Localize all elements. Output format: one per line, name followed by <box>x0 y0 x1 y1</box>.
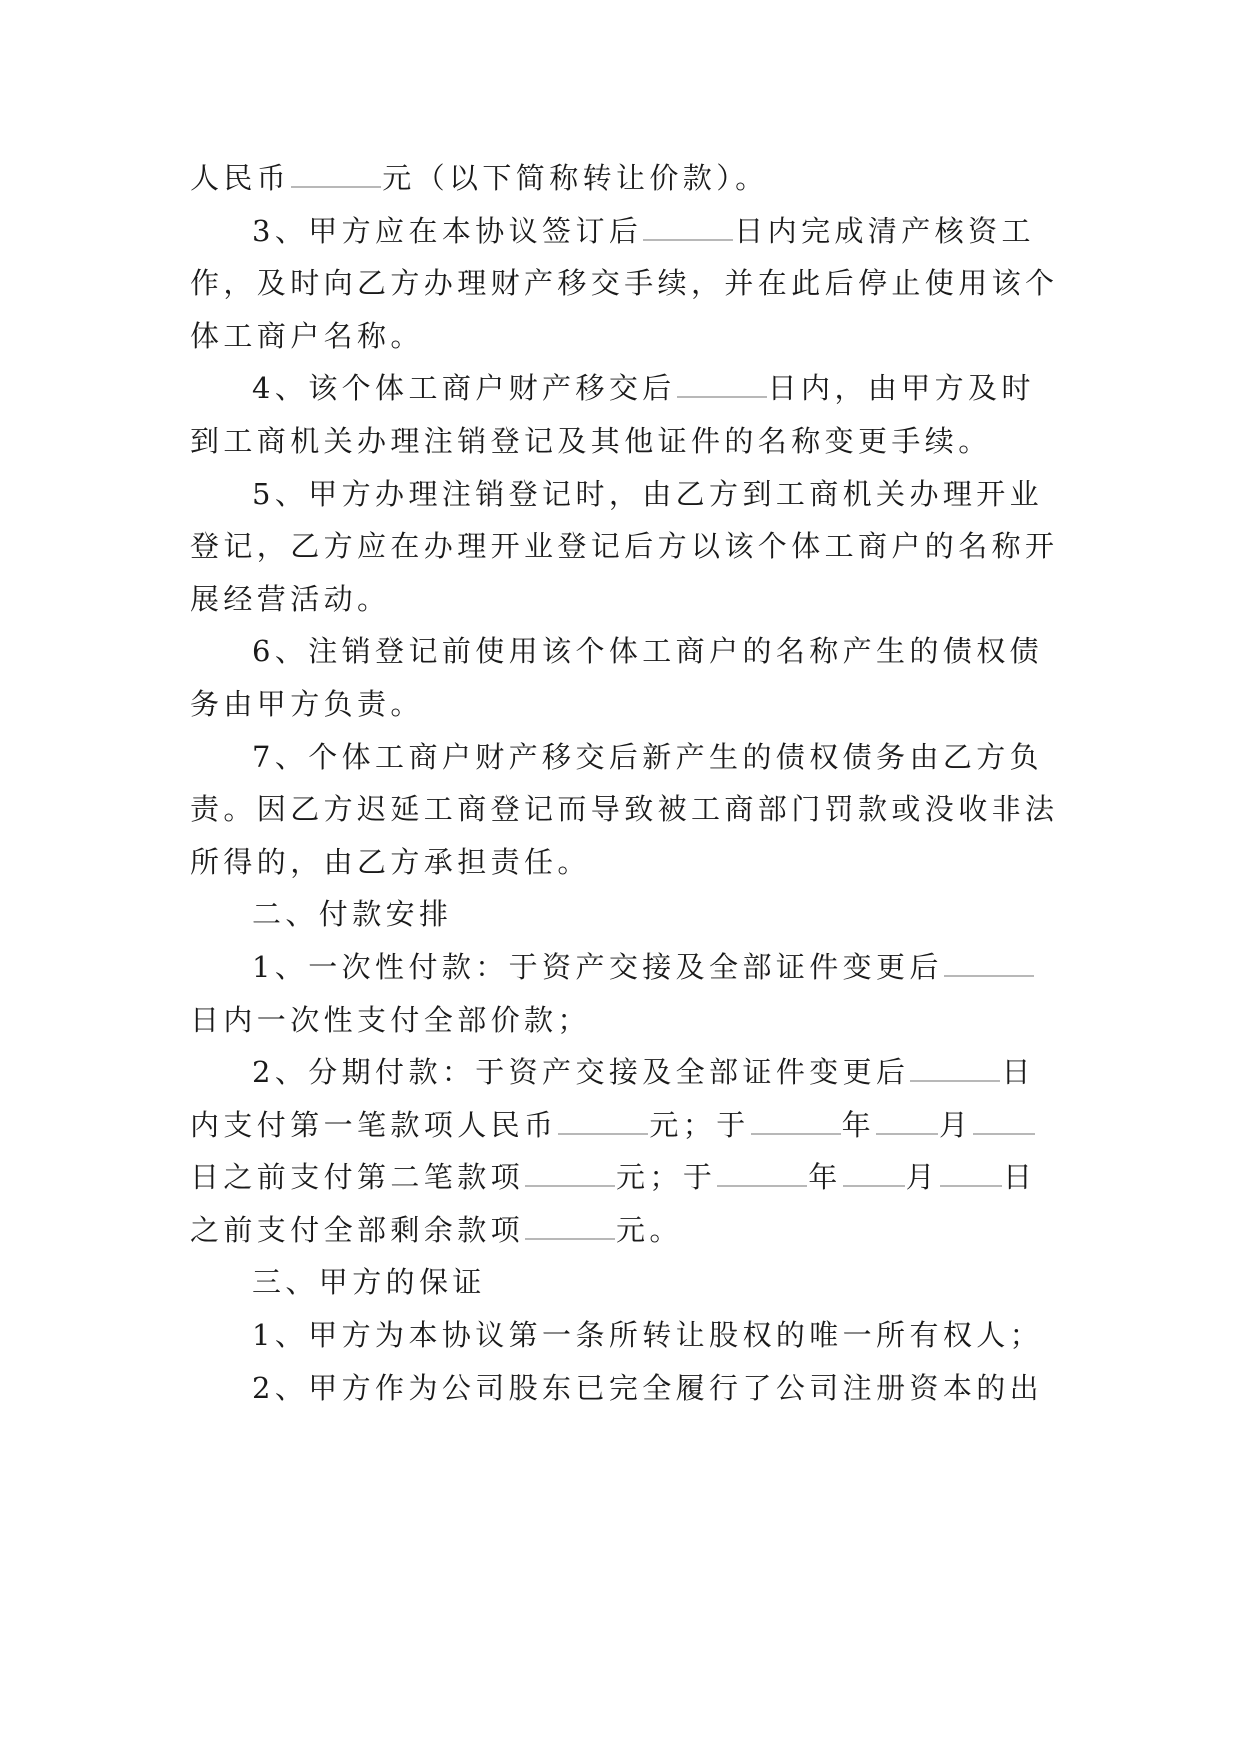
fill-in-blank[interactable] <box>910 1052 1000 1082</box>
text-line: 体工商户名称。 <box>190 310 1052 363</box>
text-line: 人民币元（以下简称转让价款）。 <box>190 152 1052 205</box>
text-line: 二、付款安排 <box>190 888 1052 941</box>
text-line: 务由甲方负责。 <box>190 678 1052 731</box>
text-line: 三、甲方的保证 <box>190 1256 1052 1309</box>
fill-in-blank[interactable] <box>843 1157 905 1187</box>
fill-in-blank[interactable] <box>944 947 1034 977</box>
text-segment: 2、甲方作为公司股东已完全履行了公司注册资本的出 <box>252 1371 1043 1405</box>
text-segment: 人民币 <box>190 161 290 195</box>
text-segment: 体工商户名称。 <box>190 319 424 353</box>
text-segment: 月 <box>906 1160 939 1194</box>
text-segment: 6、注销登记前使用该个体工商户的名称产生的债权债 <box>252 634 1043 668</box>
text-segment: 日内完成清产核资工 <box>734 214 1035 248</box>
fill-in-blank[interactable] <box>525 1157 615 1187</box>
text-segment: 元。 <box>616 1213 683 1247</box>
text-segment: 5、甲方办理注销登记时，由乙方到工商机关办理开业 <box>252 477 1043 511</box>
text-line: 5、甲方办理注销登记时，由乙方到工商机关办理开业 <box>190 468 1052 521</box>
text-line: 2、分期付款：于资产交接及全部证件变更后日 <box>190 1046 1052 1099</box>
text-segment: 到工商机关办理注销登记及其他证件的名称变更手续。 <box>190 424 992 458</box>
text-segment: 3、甲方应在本协议签订后 <box>252 214 642 248</box>
text-line: 1、甲方为本协议第一条所转让股权的唯一所有权人； <box>190 1309 1052 1362</box>
text-line: 日之前支付第二笔款项元；于年月日 <box>190 1151 1052 1204</box>
text-segment: 年 <box>842 1108 875 1142</box>
text-line: 1、一次性付款：于资产交接及全部证件变更后 <box>190 941 1052 994</box>
text-line: 登记，乙方应在办理开业登记后方以该个体工商户的名称开 <box>190 520 1052 573</box>
fill-in-blank[interactable] <box>525 1210 615 1240</box>
text-line: 所得的，由乙方承担责任。 <box>190 836 1052 889</box>
text-segment: 日 <box>1003 1160 1036 1194</box>
fill-in-blank[interactable] <box>677 368 767 398</box>
text-segment: 2、分期付款：于资产交接及全部证件变更后 <box>252 1055 909 1089</box>
text-segment: 三、甲方的保证 <box>252 1265 486 1299</box>
fill-in-blank[interactable] <box>643 211 733 241</box>
fill-in-blank[interactable] <box>973 1105 1035 1135</box>
text-line: 2、甲方作为公司股东已完全履行了公司注册资本的出 <box>190 1362 1052 1415</box>
text-segment: 日之前支付第二笔款项 <box>190 1160 524 1194</box>
text-line: 责。因乙方迟延工商登记而导致被工商部门罚款或没收非法 <box>190 783 1052 836</box>
text-line: 作，及时向乙方办理财产移交手续，并在此后停止使用该个 <box>190 257 1052 310</box>
text-segment: 1、甲方为本协议第一条所转让股权的唯一所有权人； <box>252 1318 1043 1352</box>
text-line: 展经营活动。 <box>190 573 1052 626</box>
document-page: 人民币元（以下简称转让价款）。3、甲方应在本协议签订后日内完成清产核资工作，及时… <box>190 152 1052 1414</box>
text-line: 内支付第一笔款项人民币元；于年月 <box>190 1099 1052 1152</box>
fill-in-blank[interactable] <box>940 1157 1002 1187</box>
text-segment: 内支付第一笔款项人民币 <box>190 1108 557 1142</box>
text-segment: 日 <box>1001 1055 1034 1089</box>
text-segment: 日内，由甲方及时 <box>768 371 1035 405</box>
text-segment: 1、一次性付款：于资产交接及全部证件变更后 <box>252 950 943 984</box>
text-segment: 所得的，由乙方承担责任。 <box>190 845 591 879</box>
text-line: 3、甲方应在本协议签订后日内完成清产核资工 <box>190 205 1052 258</box>
text-segment: 责。因乙方迟延工商登记而导致被工商部门罚款或没收非法 <box>190 792 1058 826</box>
fill-in-blank[interactable] <box>558 1105 648 1135</box>
fill-in-blank[interactable] <box>751 1105 841 1135</box>
fill-in-blank[interactable] <box>291 158 381 188</box>
text-segment: 4、该个体工商户财产移交后 <box>252 371 676 405</box>
fill-in-blank[interactable] <box>876 1105 938 1135</box>
text-segment: 二、付款安排 <box>252 897 452 931</box>
text-line: 之前支付全部剩余款项元。 <box>190 1204 1052 1257</box>
text-line: 日内一次性支付全部价款； <box>190 994 1052 1047</box>
text-segment: 元；于 <box>649 1108 749 1142</box>
text-line: 到工商机关办理注销登记及其他证件的名称变更手续。 <box>190 415 1052 468</box>
text-segment: 元（以下简称转让价款）。 <box>382 161 768 195</box>
text-segment: 日内一次性支付全部价款； <box>190 1003 591 1037</box>
fill-in-blank[interactable] <box>717 1157 807 1187</box>
text-segment: 务由甲方负责。 <box>190 687 424 721</box>
text-segment: 元；于 <box>616 1160 716 1194</box>
text-segment: 之前支付全部剩余款项 <box>190 1213 524 1247</box>
text-segment: 展经营活动。 <box>190 582 390 616</box>
text-line: 7、个体工商户财产移交后新产生的债权债务由乙方负 <box>190 731 1052 784</box>
text-segment: 年 <box>808 1160 841 1194</box>
text-segment: 7、个体工商户财产移交后新产生的债权债务由乙方负 <box>252 740 1043 774</box>
text-segment: 月 <box>939 1108 972 1142</box>
text-segment: 作，及时向乙方办理财产移交手续，并在此后停止使用该个 <box>190 266 1058 300</box>
text-segment: 登记，乙方应在办理开业登记后方以该个体工商户的名称开 <box>190 529 1058 563</box>
text-line: 4、该个体工商户财产移交后日内，由甲方及时 <box>190 362 1052 415</box>
text-line: 6、注销登记前使用该个体工商户的名称产生的债权债 <box>190 625 1052 678</box>
